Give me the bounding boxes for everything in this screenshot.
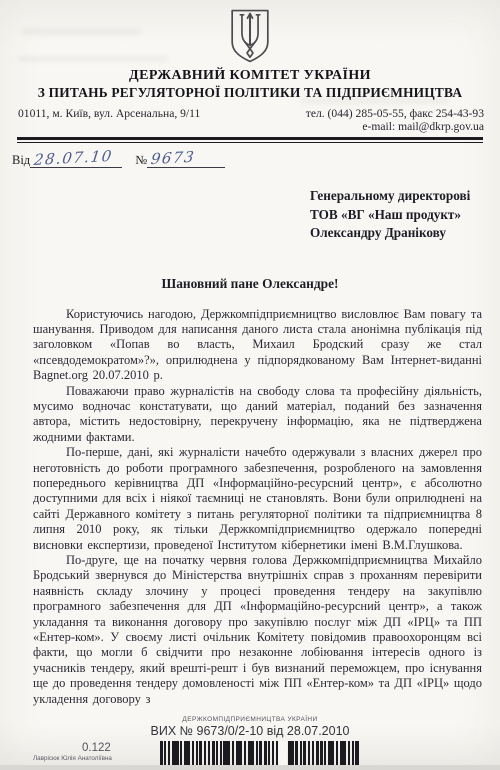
letterhead: ДЕРЖАВНИЙ КОМІТЕТ УКРАЇНИ З ПИТАНЬ РЕГУЛ…	[0, 0, 500, 171]
paragraph-3: По-перше, дані, які журналісти начебто о…	[33, 445, 482, 553]
from-date-label: Від	[12, 153, 30, 167]
scan-value: 0.122	[82, 742, 111, 754]
registration-stamp: ДЕРЖКОМПІДПРИЄМНИЦТВА УКРАЇНИ ВИХ № 9673…	[0, 716, 500, 738]
phone-fax: тел. (044) 285-05-55, факс 254-43-93	[306, 107, 484, 120]
reference-line: Від28.07.10 №9673	[12, 149, 500, 171]
outgoing-registration-number: ВИХ № 9673/0/2-10 від 28.07.2010	[0, 724, 500, 738]
contact-row: 01011, м. Київ, вул. Арсенальна, 9/11 те…	[18, 107, 484, 133]
recipient-block: Генеральному директорові ТОВ «ВГ «Наш пр…	[310, 187, 500, 243]
ukraine-trident-emblem	[224, 8, 276, 64]
barcode-gap	[278, 741, 287, 765]
recipient-line: ТОВ «ВГ «Наш продукт»	[310, 206, 500, 225]
paragraph-2: Поважаючи право журналістів на свободу с…	[33, 384, 482, 446]
contact-right: тел. (044) 285-05-55, факс 254-43-93 e-m…	[306, 107, 484, 133]
letter-body: Користуючись нагодою, Держкомпідприємниц…	[33, 307, 482, 708]
committee-title-line1: ДЕРЖАВНИЙ КОМІТЕТ УКРАЇНИ	[0, 68, 500, 84]
scanned-letter-page: ДЕРЖАВНИЙ КОМІТЕТ УКРАЇНИ З ПИТАНЬ РЕГУЛ…	[0, 0, 500, 770]
operator-name: Лаврісюк Юлія Анатоліївна	[33, 755, 112, 762]
recipient-line: Олександру Дранікову	[310, 224, 500, 243]
email: e-mail: mail@dkrp.gov.ua	[306, 120, 484, 133]
registration-barcode	[160, 741, 360, 765]
page-bottom-edge	[0, 765, 500, 770]
scan-artifact	[300, 98, 450, 104]
number-blank: 9673	[147, 149, 225, 168]
handwritten-date: 28.07.10	[29, 147, 114, 169]
date-blank: 28.07.10	[30, 149, 122, 168]
paragraph-4: По-друге, ще на початку червня голова Де…	[33, 553, 482, 707]
handwritten-number: 9673	[146, 148, 196, 169]
letterhead-divider	[17, 137, 483, 143]
scan-artifact	[18, 56, 168, 62]
stamp-organization: ДЕРЖКОМПІДПРИЄМНИЦТВА УКРАЇНИ	[0, 716, 500, 723]
scan-artifact	[22, 28, 142, 35]
salutation: Шановний пане Олександре!	[0, 276, 500, 292]
recipient-line: Генеральному директорові	[310, 187, 500, 206]
postal-address: 01011, м. Київ, вул. Арсенальна, 9/11	[18, 107, 200, 120]
paragraph-1: Користуючись нагодою, Держкомпідприємниц…	[33, 307, 482, 384]
